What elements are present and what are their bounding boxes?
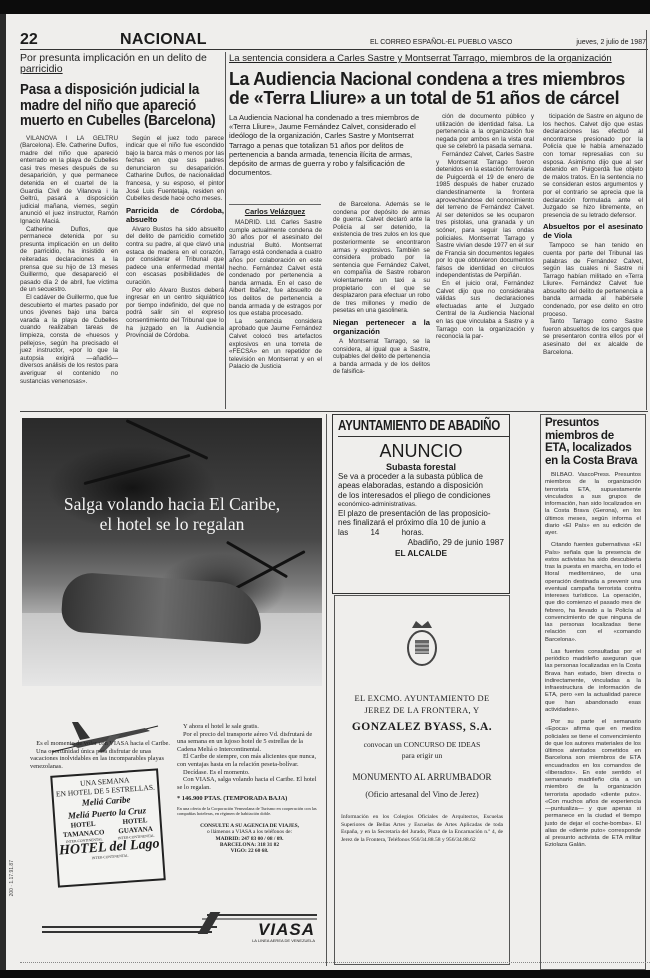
kicker-underlined: parricidio <box>20 63 63 75</box>
ad-headline: Salga volando hacia El Caribe, el hotel … <box>22 494 322 534</box>
ad-headline-line: Salga volando hacia El Caribe, <box>22 494 322 514</box>
article-kicker: Por presunta implicación en un delito de… <box>20 53 224 75</box>
subheading: Absueltos por el asesinato de Viola <box>543 222 643 240</box>
notice-subtitle: ANUNCIO <box>338 440 504 462</box>
notice-line: nes finalizará el próximo día 10 de juni… <box>338 518 504 527</box>
article-column: de Barcelona. Además se le condena por d… <box>333 201 430 376</box>
phone-vigo: VIGO: 22 60 68. <box>177 848 322 854</box>
article-madre-cubelles: Por presunta implicación en un delito de… <box>20 53 224 385</box>
paragraph: Por ello Alvaro Bustos deberá ingresar e… <box>126 287 224 340</box>
section-title: NACIONAL <box>120 31 370 49</box>
paragraph: Fernández Calvet, Carles Sastre y Montse… <box>436 151 534 280</box>
newspaper-name: EL CORREO ESPAÑOL-EL PUEBLO VASCO <box>370 37 560 49</box>
paragraph: Decídase. Es el momento. <box>177 769 322 777</box>
notice-line: de los interesados el pliego de condicio… <box>338 491 504 500</box>
paragraph: Tampoco se han tenido en cuenta por part… <box>543 242 643 318</box>
monument-subtitle: (Oficio artesanal del Vino de Jerez) <box>341 789 503 800</box>
article-lead: La Audiencia Nacional ha condenado a tre… <box>229 113 429 177</box>
byline: Carlos Velázquez <box>229 204 321 216</box>
headline-line: La Audiencia Nacional condena a tres mie… <box>229 69 642 88</box>
notice-signature: Abadiño, 29 de junio 1987 <box>338 537 504 548</box>
abadino-notice: AYUNTAMIENTO DE ABADIÑO ANUNCIO Subasta … <box>332 414 510 594</box>
paragraph: Tanto Tarrago como Sastre fueron absuelt… <box>543 318 643 356</box>
palm-frond <box>126 419 209 460</box>
article-column: ción de documento público y utilización … <box>436 113 534 341</box>
contest-info: Información en los Colegios Oficiales de… <box>341 814 503 844</box>
ad-body-right: Y ahora el hotel le sale gratis. Por el … <box>177 723 322 855</box>
article-headline: Presuntos miembros de ETA, localizados e… <box>545 417 641 467</box>
ad-line: convocan un CONCURSO DE IDEAS <box>341 739 503 750</box>
viasa-logo: VIASA LA LINEA AEREA DE VENEZUELA <box>42 906 317 946</box>
beach-photo: Salga volando hacia El Caribe, el hotel … <box>22 418 322 686</box>
issue-date: jueves, 2 julio de 1987 <box>560 37 648 49</box>
article-headline: La Audiencia Nacional condena a tres mie… <box>229 69 642 107</box>
paragraph: VILANOVA I LA GELTRU (Barcelona). Efe. C… <box>20 135 118 226</box>
logo-stripe <box>42 931 212 933</box>
ad-line: para erigir un <box>341 750 503 761</box>
subheading: Niegan pertenecer a la organización <box>333 318 430 336</box>
paragraph: Con VIASA, salga volando hacia el Caribe… <box>177 776 322 791</box>
page-bottom-rule <box>20 962 650 963</box>
article-column: Según el juez todo parece indicar que el… <box>126 135 224 386</box>
notice-line: las 14 horas. <box>338 528 504 537</box>
viasa-advertisement: Salga volando hacia El Caribe, el hotel … <box>22 418 322 966</box>
headline-line: de «Terra Lliure» a un total de 51 años … <box>229 88 642 107</box>
paragraph: A Montserrat Tarrago, se la considera, a… <box>333 338 430 376</box>
page-number: 22 <box>20 31 120 49</box>
notice-signer: EL ALCALDE <box>338 548 504 559</box>
paragraph: ción de documento público y utilización … <box>436 113 534 151</box>
logo-stripe <box>42 926 217 928</box>
paragraph: La sentencia considera aprobado que Jaum… <box>229 318 322 371</box>
article-column: VILANOVA I LA GELTRU (Barcelona). Efe. C… <box>20 135 118 386</box>
article-terra-lliure: La sentencia considera a Carles Sastre y… <box>229 53 644 403</box>
ad-fine-print: En una oferta de la Corporación Venezola… <box>177 806 322 817</box>
article-kicker: La sentencia considera a Carles Sastre y… <box>229 53 644 64</box>
paragraph: Una oportunidad única para disfrutar de … <box>30 748 170 771</box>
paragraph: Según el juez todo parece indicar que el… <box>126 135 224 203</box>
paragraph: Por el precio del transporte aéreo Vd. d… <box>177 731 322 754</box>
column-rule <box>646 30 647 410</box>
brand-name: VIASA <box>258 920 315 940</box>
notice-title: AYUNTAMIENTO DE ABADIÑO <box>338 418 510 437</box>
scan-bottom-border <box>0 970 650 978</box>
notice-line: apeas elaboradas, estando a disposición <box>338 481 504 490</box>
paragraph: MADRID. Ltd. Carles Sastre cumple actual… <box>229 219 322 318</box>
print-code: 200 · 1.17.91.87 <box>9 860 15 896</box>
page-header: 22 NACIONAL EL CORREO ESPAÑOL-EL PUEBLO … <box>20 31 648 50</box>
article-column: BILBAO. VascoPress. Presuntos miembros d… <box>545 472 641 850</box>
ad-line: JEREZ DE LA FRONTERA, Y <box>341 704 503 716</box>
notice-line: El plazo de presentación de las proposic… <box>338 509 504 518</box>
brand-tagline: LA LINEA AEREA DE VENEZUELA <box>252 938 315 943</box>
newspaper-page: 22 NACIONAL EL CORREO ESPAÑOL-EL PUEBLO … <box>0 0 650 978</box>
article-eta-costa-brava: Presuntos miembros de ETA, localizados e… <box>540 414 646 970</box>
ad-line: EL EXCMO. AYUNTAMIENTO DE <box>341 692 503 704</box>
ad-contact: CONSULTE A SU AGENCIA DE VIAJES, o lláme… <box>177 823 322 855</box>
paragraph: El cadáver de Guillermo, que fue descubi… <box>20 294 118 385</box>
monument-title: MONUMENTO AL ARRUMBADOR <box>341 771 503 783</box>
logo-swoosh <box>198 912 221 934</box>
paragraph: Catherine Duflos, que permanece detenida… <box>20 226 118 294</box>
paragraph: Es el momento de volar con VIASA hacia e… <box>30 740 170 748</box>
logo-stripe <box>207 914 317 916</box>
subheading: Parricida de Córdoba, absuelto <box>126 206 224 224</box>
paragraph: El Caribe de siempre, con más alicientes… <box>177 753 322 768</box>
coat-of-arms-icon <box>402 618 442 670</box>
article-column: MADRID. Ltd. Carles Sastre cumple actual… <box>229 219 322 371</box>
company-name: GONZALEZ BYASS, S.A. <box>341 720 503 734</box>
notice-line: Se va a proceder a la subasta pública de <box>338 472 504 481</box>
ad-price: * 146.900 PTAS. (TEMPORADA BAJA) <box>177 795 322 803</box>
paragraph: ticipación de Sastre en alguno de los he… <box>543 113 643 219</box>
paragraph: Alvaro Bustos ha sido absuelto del delit… <box>126 226 224 287</box>
ad-body-left: Es el momento de volar con VIASA hacia e… <box>30 740 170 770</box>
paragraph: Y ahora el hotel le sale gratis. <box>177 723 322 731</box>
palm-frond <box>226 541 288 579</box>
notice-subhead: Subasta forestal <box>338 462 504 472</box>
paragraph: BILBAO. VascoPress. Presuntos miembros d… <box>545 472 641 537</box>
scan-left-border <box>0 14 6 970</box>
hotel-name: HOTEL TAMANACO <box>55 819 111 841</box>
paragraph: En el juicio oral, Fernández Calvet dijo… <box>436 280 534 341</box>
article-column: ticipación de Sastre en alguno de los he… <box>543 113 643 356</box>
paragraph: de Barcelona. Además se le condena por d… <box>333 201 430 315</box>
hotel-coupon: UNA SEMANA EN HOTEL DE 5 ESTRELLAS. Meli… <box>50 768 166 887</box>
section-divider <box>20 411 648 412</box>
paragraph: Por su parte el semanario «Epoca» afirma… <box>545 719 641 850</box>
column-rule <box>326 414 327 966</box>
paragraph: Citando fuentes gubernativas «El País» s… <box>545 542 641 644</box>
column-rule <box>225 52 226 409</box>
article-headline: Pasa a disposición judicial la madre del… <box>20 83 224 130</box>
notice-line: económico-administrativas. <box>338 500 504 509</box>
ad-headline-line: el hotel se lo regalan <box>22 514 322 534</box>
scan-top-border <box>0 0 650 14</box>
palm-frond <box>83 454 190 485</box>
jerez-contest-ad: EL EXCMO. AYUNTAMIENTO DE JEREZ DE LA FR… <box>334 595 510 965</box>
paragraph: Las fuentes consultadas por el periódico… <box>545 649 641 714</box>
